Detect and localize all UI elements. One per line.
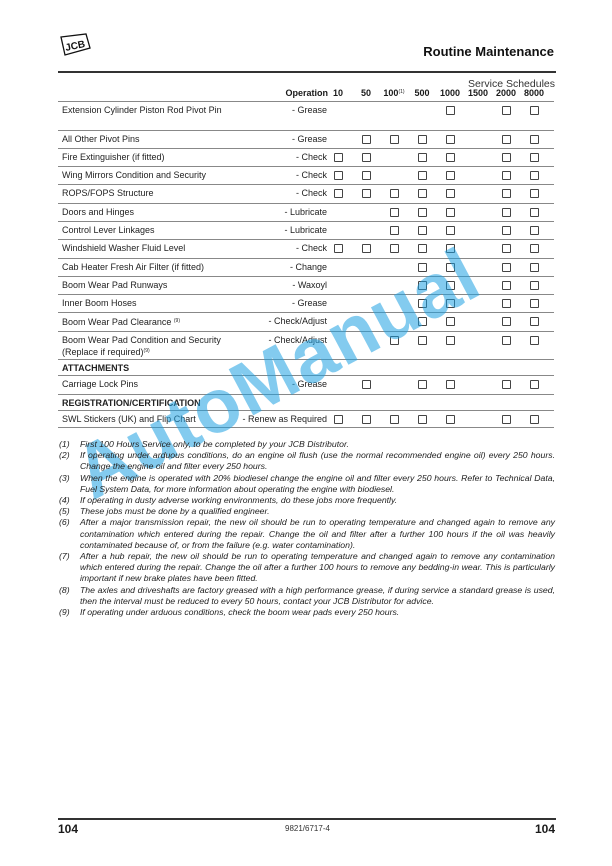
checkbox-1000h[interactable] (446, 317, 455, 326)
checkbox-50h[interactable] (362, 135, 371, 144)
checkbox-500h[interactable] (418, 171, 427, 180)
operation-header: Operation (285, 88, 328, 98)
checkbox-1000h[interactable] (446, 226, 455, 235)
operation: - Grease (292, 134, 327, 144)
checkbox-500h[interactable] (418, 244, 427, 253)
checkbox-1000h[interactable] (446, 380, 455, 389)
footnote: (7)After a hub repair, the new oil shoul… (59, 551, 555, 585)
item-name: Extension Cylinder Piston Rod Pivot Pin (62, 105, 247, 116)
checkbox-500h[interactable] (418, 189, 427, 198)
title-rule (58, 71, 556, 73)
table-row: Cab Heater Fresh Air Filter (if fitted)-… (58, 258, 554, 276)
operation: - Renew as Required (242, 414, 327, 424)
table-row: Inner Boom Hoses- Grease (58, 294, 554, 312)
interval-column-2000: 2000 (492, 88, 520, 98)
jcb-logo: JCB (59, 33, 91, 57)
checkbox-2000h[interactable] (502, 263, 511, 272)
footnote-ref: (9) (144, 348, 150, 354)
footnote-number: (3) (59, 473, 70, 484)
checkbox-10h[interactable] (334, 415, 343, 424)
operation: - Grease (292, 298, 327, 308)
checkbox-1000h[interactable] (446, 208, 455, 217)
checkbox-2000h[interactable] (502, 281, 511, 290)
footnote: (3)When the engine is operated with 20% … (59, 473, 555, 495)
table-row: ROPS/FOPS Structure- Check (58, 184, 554, 202)
footnote-number: (2) (59, 450, 70, 461)
checkbox-8000h[interactable] (530, 171, 539, 180)
checkbox-500h[interactable] (418, 415, 427, 424)
operation: - Check (296, 152, 327, 162)
operation: - Check (296, 243, 327, 253)
operation: - Lubricate (284, 207, 327, 217)
table-row: Control Lever Linkages- Lubricate (58, 221, 554, 239)
table-row: Boom Wear Pad Condition and Security (Re… (58, 331, 554, 360)
checkbox-8000h[interactable] (530, 263, 539, 272)
interval-column-500: 500 (408, 88, 436, 98)
table-row: All Other Pivot Pins- Grease (58, 130, 554, 148)
checkbox-10h[interactable] (334, 189, 343, 198)
footnote-text: First 100 Hours Service only, to be comp… (80, 439, 349, 449)
checkbox-8000h[interactable] (530, 153, 539, 162)
item-name: SWL Stickers (UK) and Flip Chart (62, 414, 247, 425)
item-name: Carriage Lock Pins (62, 379, 247, 390)
footnote: (2)If operating under arduous conditions… (59, 450, 555, 472)
document-number: 9821/6717-4 (285, 824, 330, 833)
checkbox-500h[interactable] (418, 135, 427, 144)
checkbox-2000h[interactable] (502, 189, 511, 198)
checkbox-500h[interactable] (418, 263, 427, 272)
checkbox-8000h[interactable] (530, 135, 539, 144)
checkbox-10h[interactable] (334, 171, 343, 180)
operation: - Grease (292, 105, 327, 115)
operation: - Check (296, 188, 327, 198)
footnote-number: (6) (59, 517, 70, 528)
footnote: (6)After a major transmission repair, th… (59, 517, 555, 551)
footnote-number: (1) (59, 439, 70, 450)
checkbox-100h[interactable] (390, 208, 399, 217)
table-row: Extension Cylinder Piston Rod Pivot Pin-… (58, 101, 554, 130)
item-name: Boom Wear Pad Runways (62, 280, 247, 291)
checkbox-500h[interactable] (418, 299, 427, 308)
checkbox-500h[interactable] (418, 208, 427, 217)
interval-column-10: 10 (324, 88, 352, 98)
checkbox-50h[interactable] (362, 153, 371, 162)
page-number-right: 104 (535, 822, 555, 836)
footnote-text: If operating under arduous conditions, c… (80, 607, 399, 617)
checkbox-1000h[interactable] (446, 336, 455, 345)
section-title: ATTACHMENTS (62, 363, 362, 374)
checkbox-50h[interactable] (362, 415, 371, 424)
footnote-number: (8) (59, 585, 70, 596)
checkbox-8000h[interactable] (530, 189, 539, 198)
footnote: (8)The axles and driveshafts are factory… (59, 585, 555, 607)
footnotes: (1)First 100 Hours Service only, to be c… (59, 439, 555, 618)
item-name: Cab Heater Fresh Air Filter (if fitted) (62, 262, 247, 273)
checkbox-2000h[interactable] (502, 415, 511, 424)
checkbox-2000h[interactable] (502, 171, 511, 180)
checkbox-2000h[interactable] (502, 299, 511, 308)
checkbox-2000h[interactable] (502, 106, 511, 115)
interval-column-8000: 8000 (520, 88, 548, 98)
footnote-text: These jobs must be done by a qualified e… (80, 506, 269, 516)
checkbox-2000h[interactable] (502, 244, 511, 253)
checkbox-100h[interactable] (390, 244, 399, 253)
checkbox-50h[interactable] (362, 189, 371, 198)
checkbox-1000h[interactable] (446, 153, 455, 162)
checkbox-500h[interactable] (418, 281, 427, 290)
checkbox-1000h[interactable] (446, 106, 455, 115)
table-body: Extension Cylinder Piston Rod Pivot Pin-… (58, 101, 554, 428)
table-row: Boom Wear Pad Runways- Waxoyl (58, 276, 554, 294)
checkbox-8000h[interactable] (530, 281, 539, 290)
checkbox-8000h[interactable] (530, 208, 539, 217)
checkbox-2000h[interactable] (502, 336, 511, 345)
checkbox-8000h[interactable] (530, 299, 539, 308)
operation: - Check/Adjust (268, 335, 327, 345)
checkbox-2000h[interactable] (502, 226, 511, 235)
checkbox-500h[interactable] (418, 317, 427, 326)
footnote-text: After a major transmission repair, the n… (80, 517, 555, 549)
checkbox-2000h[interactable] (502, 153, 511, 162)
checkbox-1000h[interactable] (446, 415, 455, 424)
table-row: Wing Mirrors Condition and Security- Che… (58, 166, 554, 184)
interval-column-100: 100(1) (380, 88, 408, 98)
checkbox-2000h[interactable] (502, 317, 511, 326)
item-name: All Other Pivot Pins (62, 134, 247, 145)
table-row: SWL Stickers (UK) and Flip Chart- Renew … (58, 410, 554, 428)
section-header-row: REGISTRATION/CERTIFICATION (58, 394, 554, 410)
table-row: Windshield Washer Fluid Level- Check (58, 239, 554, 257)
footnote-text: The axles and driveshafts are factory gr… (80, 585, 555, 606)
service-schedule-table: Operation 1050100(1)5001000150020008000 … (58, 86, 554, 428)
footnote-number: (9) (59, 607, 70, 618)
footnote: (1)First 100 Hours Service only, to be c… (59, 439, 555, 450)
footer-rule (58, 818, 556, 820)
checkbox-100h[interactable] (390, 135, 399, 144)
checkbox-8000h[interactable] (530, 106, 539, 115)
checkbox-8000h[interactable] (530, 336, 539, 345)
checkbox-2000h[interactable] (502, 380, 511, 389)
operation: - Check (296, 170, 327, 180)
checkbox-2000h[interactable] (502, 208, 511, 217)
checkbox-500h[interactable] (418, 226, 427, 235)
footnote-text: After a hub repair, the new oil should b… (80, 551, 555, 583)
checkbox-1000h[interactable] (446, 135, 455, 144)
interval-column-50: 50 (352, 88, 380, 98)
footnote-ref: (9) (174, 318, 180, 324)
checkbox-10h[interactable] (334, 153, 343, 162)
footnote-number: (7) (59, 551, 70, 562)
checkbox-50h[interactable] (362, 244, 371, 253)
operation: - Check/Adjust (268, 316, 327, 326)
checkbox-500h[interactable] (418, 380, 427, 389)
item-name: Fire Extinguisher (if fitted) (62, 152, 247, 163)
page-number-left: 104 (58, 822, 78, 836)
section-title: REGISTRATION/CERTIFICATION (62, 398, 362, 409)
footnote: (5)These jobs must be done by a qualifie… (59, 506, 555, 517)
footnote: (4)If operating in dusty adverse working… (59, 495, 555, 506)
interval-column-1500: 1500 (464, 88, 492, 98)
item-name: Doors and Hinges (62, 207, 247, 218)
checkbox-50h[interactable] (362, 380, 371, 389)
footnote-number: (4) (59, 495, 70, 506)
operation: - Change (290, 262, 327, 272)
checkbox-10h[interactable] (334, 244, 343, 253)
checkbox-8000h[interactable] (530, 244, 539, 253)
checkbox-100h[interactable] (390, 415, 399, 424)
footnote-text: If operating in dusty adverse working en… (80, 495, 397, 505)
item-name: Boom Wear Pad Clearance (9) (62, 316, 247, 328)
checkbox-1000h[interactable] (446, 263, 455, 272)
checkbox-8000h[interactable] (530, 226, 539, 235)
operation: - Waxoyl (292, 280, 327, 290)
checkbox-100h[interactable] (390, 189, 399, 198)
item-name: Boom Wear Pad Condition and Security (Re… (62, 335, 247, 358)
checkbox-1000h[interactable] (446, 189, 455, 198)
checkbox-8000h[interactable] (530, 317, 539, 326)
table-row: Carriage Lock Pins- Grease (58, 375, 554, 393)
table-row: Boom Wear Pad Clearance (9)- Check/Adjus… (58, 312, 554, 330)
checkbox-100h[interactable] (390, 336, 399, 345)
checkbox-1000h[interactable] (446, 299, 455, 308)
checkbox-2000h[interactable] (502, 135, 511, 144)
checkbox-500h[interactable] (418, 336, 427, 345)
operation: - Lubricate (284, 225, 327, 235)
page-title: Routine Maintenance (423, 44, 554, 59)
checkbox-1000h[interactable] (446, 171, 455, 180)
checkbox-1000h[interactable] (446, 281, 455, 290)
footnote-text: If operating under arduous conditions, d… (80, 450, 555, 471)
item-name: Inner Boom Hoses (62, 298, 247, 309)
footnote: (9)If operating under arduous conditions… (59, 607, 555, 618)
checkbox-100h[interactable] (390, 226, 399, 235)
checkbox-1000h[interactable] (446, 244, 455, 253)
footnote-number: (5) (59, 506, 70, 517)
interval-column-1000: 1000 (436, 88, 464, 98)
table-row: Doors and Hinges- Lubricate (58, 203, 554, 221)
item-name: Windshield Washer Fluid Level (62, 243, 247, 254)
table-header-row: Operation 1050100(1)5001000150020008000 (58, 86, 554, 101)
section-header-row: ATTACHMENTS (58, 359, 554, 375)
checkbox-500h[interactable] (418, 153, 427, 162)
checkbox-50h[interactable] (362, 171, 371, 180)
item-name: Wing Mirrors Condition and Security (62, 170, 247, 181)
checkbox-8000h[interactable] (530, 380, 539, 389)
footnote-text: When the engine is operated with 20% bio… (80, 473, 555, 494)
item-name: Control Lever Linkages (62, 225, 247, 236)
checkbox-8000h[interactable] (530, 415, 539, 424)
operation: - Grease (292, 379, 327, 389)
item-name: ROPS/FOPS Structure (62, 188, 247, 199)
table-row: Fire Extinguisher (if fitted)- Check (58, 148, 554, 166)
